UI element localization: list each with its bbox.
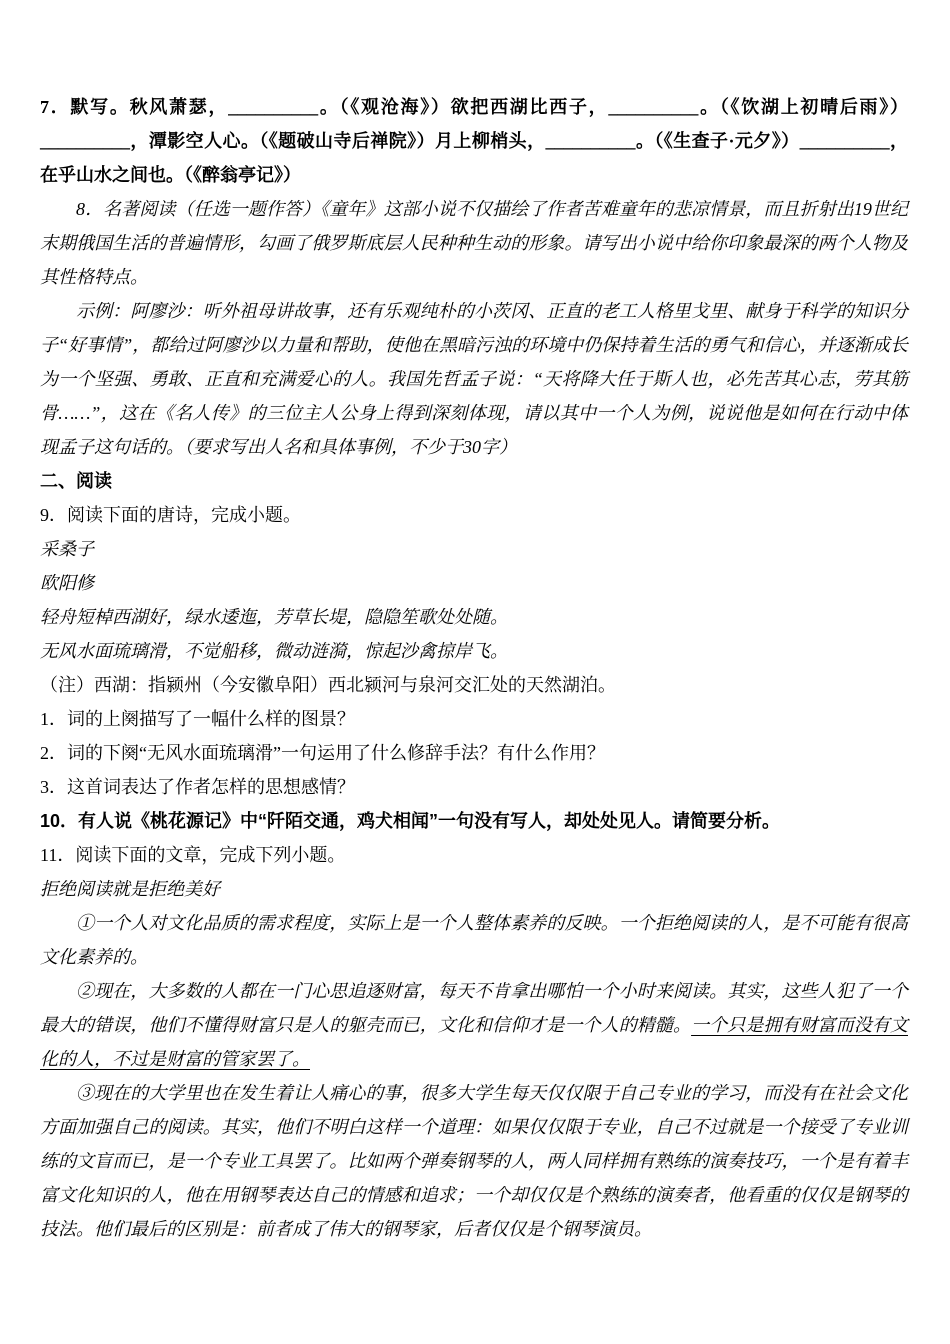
poem-line-1: 轻舟短棹西湖好，绿水逶迤，芳草长堤，隐隐笙歌处处随。 <box>40 600 908 634</box>
exam-document: 7．默写。秋风萧瑟，__________。（《观沧海》）欲把西湖比西子，____… <box>0 0 950 1246</box>
question-9-intro: 9．阅读下面的唐诗，完成小题。 <box>40 498 908 532</box>
question-7-dictation: 7．默写。秋风萧瑟，__________。（《观沧海》）欲把西湖比西子，____… <box>40 90 908 192</box>
essay-paragraph-1: ①一个人对文化品质的需求程度，实际上是一个人整体素养的反映。一个拒绝阅读的人，是… <box>40 906 908 974</box>
essay-paragraph-3: ③现在的大学里也在发生着让人痛心的事，很多大学生每天仅仅限于自己专业的学习，而没… <box>40 1076 908 1246</box>
poem-note: （注）西湖：指颍州（今安徽阜阳）西北颍河与泉河交汇处的天然湖泊。 <box>40 668 908 702</box>
question-11-intro: 11．阅读下面的文章，完成下列小题。 <box>40 838 908 872</box>
section-heading-reading: 二、阅读 <box>40 464 908 498</box>
essay-paragraph-2: ②现在，大多数的人都在一门心思追逐财富，每天不肯拿出哪怕一个小时来阅读。其实，这… <box>40 974 908 1076</box>
question-8-literature: 8．名著阅读（任选一题作答）《童年》这部小说不仅描绘了作者苦难童年的悲凉情景，而… <box>40 192 908 294</box>
poem-author: 欧阳修 <box>40 566 908 600</box>
subquestion-1: 1．词的上阕描写了一幅什么样的图景？ <box>40 702 908 736</box>
question-10-analysis: 10．有人说《桃花源记》中“阡陌交通，鸡犬相闻”一句没有写人，却处处见人。请简要… <box>40 804 908 838</box>
question-8-example: 示例：阿廖沙：听外祖母讲故事，还有乐观纯朴的小茨冈、正直的老工人格里戈里、献身于… <box>40 294 908 464</box>
poem-title: 采桑子 <box>40 532 908 566</box>
subquestion-3: 3．这首词表达了作者怎样的思想感情？ <box>40 770 908 804</box>
poem-line-2: 无风水面琉璃滑，不觉船移，微动涟漪，惊起沙禽掠岸飞。 <box>40 634 908 668</box>
essay-title: 拒绝阅读就是拒绝美好 <box>40 872 908 906</box>
subquestion-2: 2．词的下阕“无风水面琉璃滑”一句运用了什么修辞手法？有什么作用？ <box>40 736 908 770</box>
